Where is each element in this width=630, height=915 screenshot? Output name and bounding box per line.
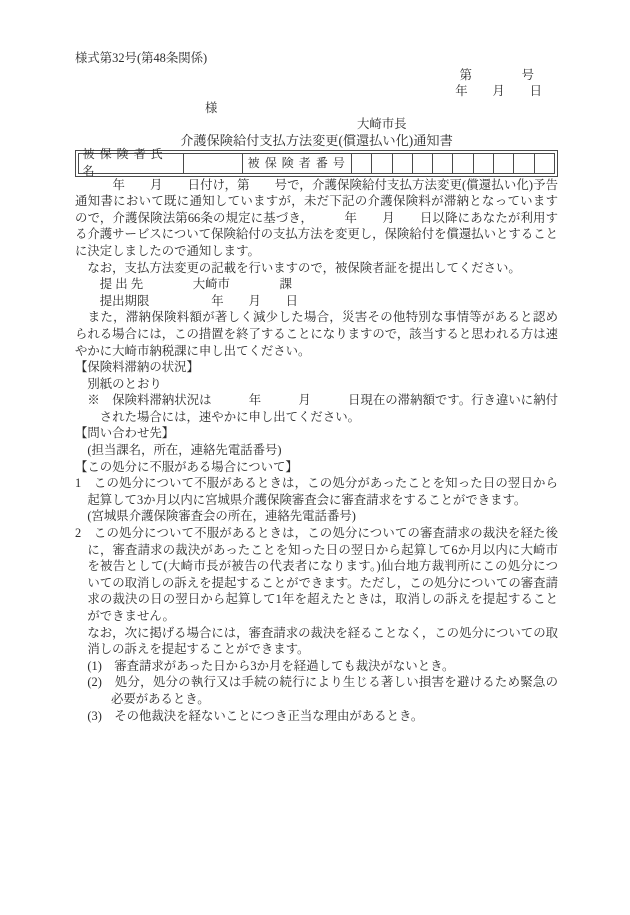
body-intro-paragraph: 年 月 日付け，第 号で，介護保険給付支払方法変更(償還払い化)予告通知書におい… [75, 177, 558, 260]
arrears-note: ※ 保険料滞納状況は 年 月 日現在の滞納額です。行き違いに納付された場合には，… [75, 392, 558, 425]
appeal-subitem-3: (3) その他裁決を経ないことにつき正当な理由があるとき。 [75, 708, 558, 725]
insured-number-label: 被保険者番号 [242, 153, 352, 174]
insured-number-digit-cell [392, 153, 413, 174]
contact-section-heading: 【問い合わせ先】 [75, 425, 558, 442]
appeal-item-1-note: (宮城県介護保険審査会の所在，連絡先電話番号) [75, 508, 558, 525]
appeal-item-2-nao: なお，次に掲げる場合には，審査請求の裁決を経ることなく，この処分についての取消し… [75, 625, 558, 658]
sender-name: 大崎市長 [75, 116, 558, 133]
appeal-section-heading: 【この処分に不服がある場合について】 [75, 459, 558, 476]
insured-number-digit-cell [351, 153, 372, 174]
form-number: 様式第32号(第48条関係) [75, 50, 558, 67]
appeal-subitem-2: (2) 処分，処分の執行又は手続の続行により生じる著しい損害を避けるため緊急の必… [75, 674, 558, 707]
arrears-attachment-line: 別紙のとおり [75, 376, 558, 393]
appeal-item-2: 2 この処分について不服があるときは，この処分についての審査請求の裁決を経た後に… [75, 525, 558, 625]
insured-number-digit-cell [473, 153, 494, 174]
insured-number-digit-cell [534, 153, 555, 174]
appeal-subitem-1: (1) 審査請求があった日から3か月を経過しても裁決がないとき。 [75, 658, 558, 675]
insured-name-value-cell [183, 153, 243, 174]
insured-number-digit-cell [452, 153, 473, 174]
body-mata-paragraph: また，滞納保険料額が著しく減少した場合，災害その他特別な事情等があると認められる… [75, 309, 558, 359]
insured-person-table: 被保険者氏名 被保険者番号 [75, 150, 558, 177]
addressee-honorific: 様 [75, 100, 558, 117]
appeal-item-1: 1 この処分について不服があるときは，この処分があったことを知った日の翌日から起… [75, 475, 558, 508]
document-number-line: 第 号 [75, 67, 558, 84]
body-nao-paragraph: なお，支払方法変更の記載を行いますので，被保険者証を提出してください。 [75, 260, 558, 277]
insured-number-digit-cell [493, 153, 514, 174]
insured-number-digit-cell [513, 153, 534, 174]
insured-number-digit-cells [352, 153, 555, 174]
document-page: 様式第32号(第48条関係) 第 号 年 月 日 様 大崎市長 介護保険給付支払… [0, 0, 630, 915]
contact-info-line: (担当課名，所在，連絡先電話番号) [75, 442, 558, 459]
insured-name-label: 被保険者氏名 [78, 153, 184, 174]
issue-date-line: 年 月 日 [75, 83, 558, 100]
insured-number-digit-cell [371, 153, 392, 174]
submit-to-line: 提 出 先 大崎市 課 [75, 276, 558, 293]
arrears-section-heading: 【保険料滞納の状況】 [75, 359, 558, 376]
deadline-line: 提出期限 年 月 日 [75, 293, 558, 310]
insured-number-digit-cell [432, 153, 453, 174]
insured-number-digit-cell [412, 153, 433, 174]
